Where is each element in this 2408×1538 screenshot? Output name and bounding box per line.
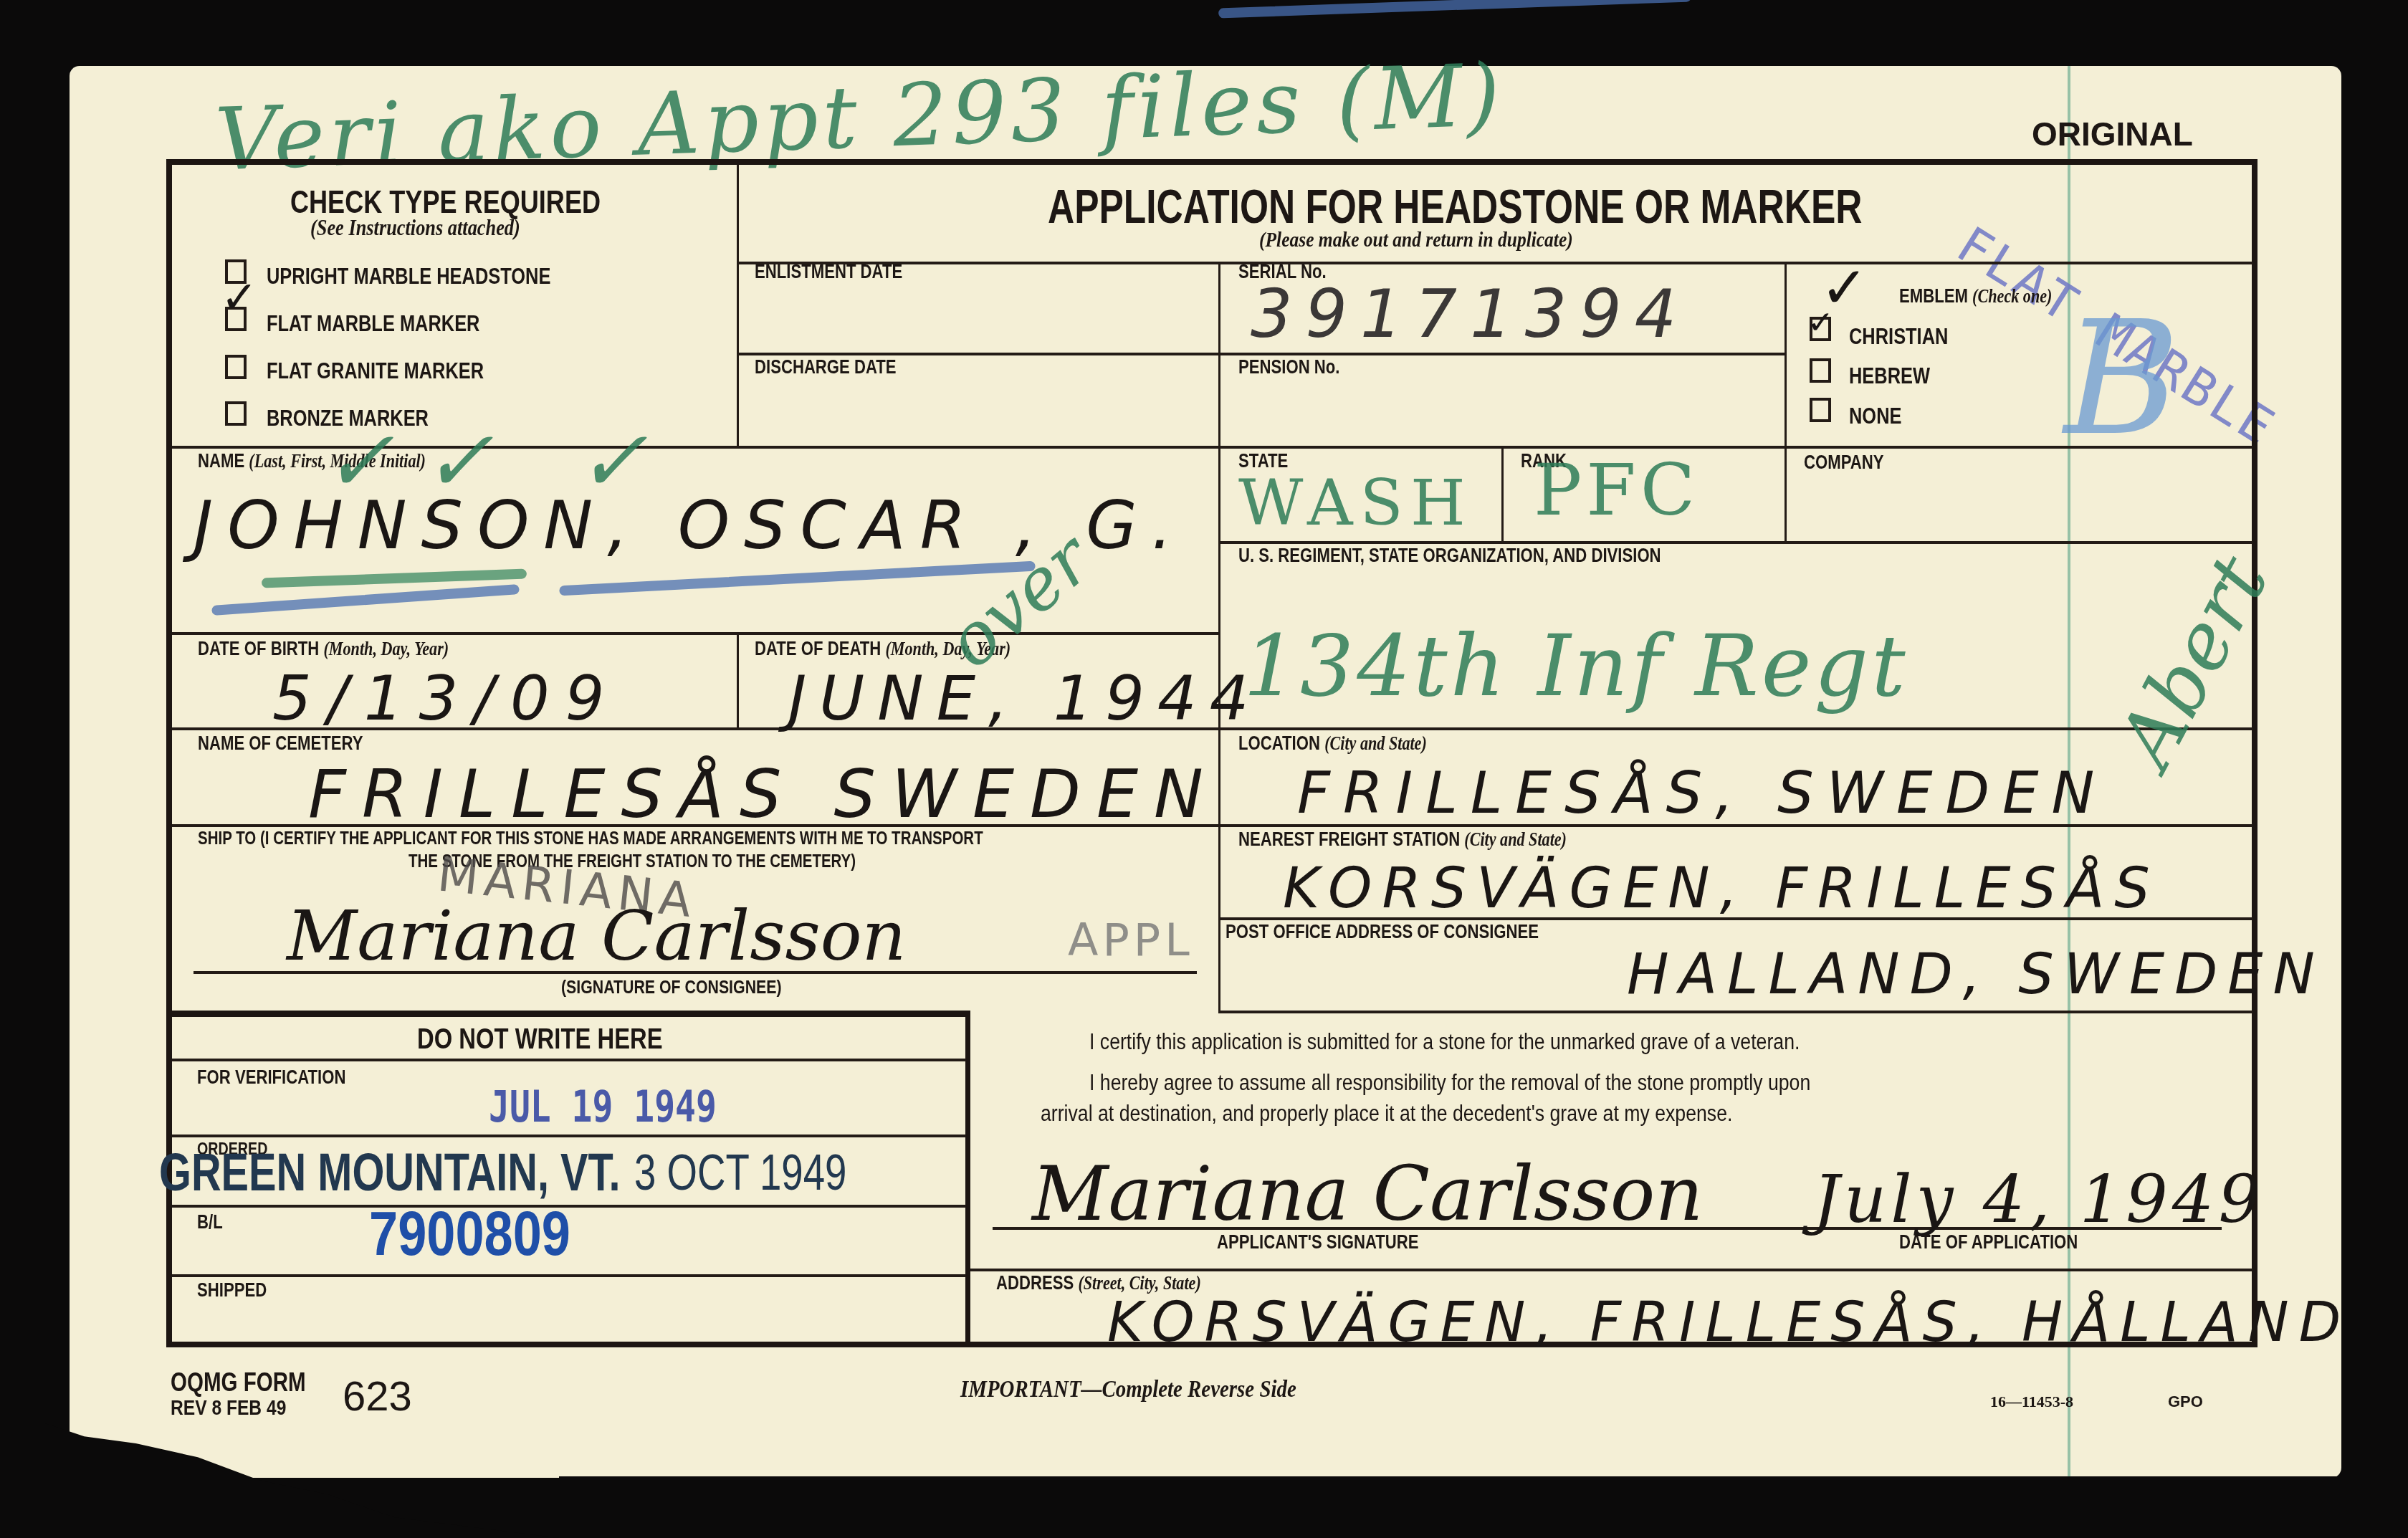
check-type-subheading: (See Instructions attached) [310, 215, 520, 241]
regiment-value[interactable]: 134th Inf Regt [1243, 616, 1908, 715]
divider [970, 1269, 2252, 1271]
shipped-label: SHIPPED [197, 1279, 267, 1301]
discharge-date-label: DISCHARGE DATE [755, 356, 897, 378]
pension-no-label: PENSION No. [1238, 356, 1339, 378]
consignee-annotation: APPL [1068, 914, 1194, 966]
check-option-label: FLAT MARBLE MARKER [267, 311, 479, 337]
freight-station-label: NEAREST FREIGHT STATION (City and State) [1238, 828, 1567, 851]
freight-station-label-text: NEAREST FREIGHT STATION [1238, 828, 1460, 850]
cemetery-value[interactable]: FRILLESÅS SWEDEN [308, 756, 1219, 833]
ordered-stamp-place: GREEN MOUNTAIN, VT. [159, 1142, 620, 1203]
corner-label: ORIGINAL [2032, 115, 2193, 153]
serial-no-value[interactable]: 39171394 [1251, 276, 1689, 353]
company-field[interactable] [1804, 480, 2234, 538]
emblem-option-label: HEBREW [1849, 363, 1930, 389]
important-note: IMPORTANT—Complete Reverse Side [960, 1376, 1296, 1403]
bl-label: B/L [197, 1211, 223, 1233]
checkmark-icon: ✓ [1807, 305, 1834, 341]
date-of-death-label-text: DATE OF DEATH [755, 638, 881, 659]
consignee-signature-caption: (SIGNATURE OF CONSIGNEE) [561, 976, 782, 998]
divider [172, 1274, 966, 1277]
ordered-stamp-date: 3 OCT 1949 [634, 1144, 846, 1201]
form-id-line-1: OQMG FORM [171, 1367, 306, 1398]
divider [1218, 262, 1220, 1011]
bl-stamp: 7900809 [369, 1197, 570, 1270]
regiment-label: U. S. REGIMENT, STATE ORGANIZATION, AND … [1238, 545, 1661, 567]
date-of-death-value[interactable]: JUNE, 1944 [788, 663, 1262, 735]
print-code: 16—11453-8 [1990, 1393, 2073, 1411]
form-title: APPLICATION FOR HEADSTONE OR MARKER [1048, 179, 1862, 234]
date-of-application-value[interactable]: July 4, 1949 [1813, 1161, 2265, 1238]
emblem-option-label: CHRISTIAN [1849, 324, 1948, 350]
divider [1784, 262, 1787, 541]
name-label-text: NAME [198, 450, 244, 472]
applicant-signature-caption: APPLICANT'S SIGNATURE [1217, 1231, 1419, 1253]
emblem-label-note: (Check one) [1972, 285, 2052, 307]
divider [172, 1059, 966, 1061]
date-of-birth-label-note: (Month, Day, Year) [323, 638, 449, 659]
date-of-birth-label-text: DATE OF BIRTH [198, 638, 319, 659]
check-option-label: FLAT GRANITE MARKER [267, 358, 484, 384]
divider [737, 165, 739, 446]
location-value[interactable]: FRILLESÅS, SWEDEN [1297, 760, 2107, 826]
applicant-signature[interactable]: Mariana Carlsson [1032, 1150, 1703, 1238]
enlistment-date-field[interactable] [755, 287, 1199, 348]
state-value[interactable]: WASH [1238, 466, 1473, 540]
date-of-birth-label: DATE OF BIRTH (Month, Day, Year) [198, 638, 449, 660]
divider [1218, 541, 2252, 544]
ship-to-label-text: SHIP TO [198, 828, 256, 849]
consignee-signature[interactable]: Mariana Carlsson [287, 896, 906, 976]
divider [737, 262, 2252, 264]
location-label-note: (City and State) [1324, 732, 1427, 754]
form-number: 623 [343, 1372, 412, 1420]
emblem-label-text: EMBLEM [1899, 285, 1968, 307]
printer-mark: GPO [2168, 1393, 2203, 1411]
for-verification-label: FOR VERIFICATION [197, 1066, 345, 1089]
location-label: LOCATION (City and State) [1238, 732, 1427, 755]
divider [737, 353, 1784, 355]
background-edge [559, 1476, 2351, 1538]
address-value[interactable]: KORSVÄGEN, FRILLESÅS, HÅLLAND [1107, 1290, 2351, 1354]
checkbox[interactable] [225, 401, 247, 426]
freight-station-value[interactable]: KORSVÄGEN, FRILLESÅS [1283, 856, 2160, 921]
divider [172, 632, 1218, 635]
checkbox[interactable] [225, 355, 247, 379]
date-of-application-caption: DATE OF APPLICATION [1899, 1231, 2078, 1253]
divider [1218, 1011, 2252, 1013]
ship-to-label: SHIP TO (I CERTIFY THE APPLICANT FOR THI… [198, 828, 983, 849]
divider [1501, 446, 1504, 541]
office-use-heading: DO NOT WRITE HERE [417, 1023, 663, 1056]
shipped-field[interactable] [197, 1301, 950, 1340]
post-office-label: POST OFFICE ADDRESS OF CONSIGNEE [1225, 921, 1539, 943]
verification-stamp: JUL 19 1949 [489, 1082, 717, 1132]
certification-line-1: I certify this application is submitted … [1089, 1029, 1800, 1055]
emblem-option-label: NONE [1849, 403, 1901, 429]
company-label: COMPANY [1804, 452, 1884, 474]
pension-no-field[interactable] [1238, 380, 1769, 441]
form-subtitle: (Please make out and return in duplicate… [1259, 228, 1573, 252]
post-office-value[interactable]: HALLAND, SWEDEN [1627, 942, 2325, 1007]
divider [172, 1135, 966, 1137]
checkbox[interactable] [1810, 398, 1831, 422]
checkmark-icon: ✓ [221, 271, 258, 323]
emblem-label: EMBLEM (Check one) [1899, 285, 2052, 307]
blue-pencil-underline [1218, 0, 1691, 19]
enlistment-date-label: ENLISTMENT DATE [755, 261, 902, 283]
address-label-text: ADDRESS [996, 1272, 1074, 1294]
check-option-label: UPRIGHT MARBLE HEADSTONE [267, 264, 550, 290]
checkbox[interactable] [1810, 358, 1831, 383]
cemetery-label: NAME OF CEMETERY [198, 732, 363, 755]
certification-line-2: I hereby agree to assume all responsibil… [1089, 1070, 1810, 1096]
location-label-text: LOCATION [1238, 732, 1320, 754]
green-check-marks: ✓ ✓ ✓ [322, 412, 648, 512]
form-id-line-2: REV 8 FEB 49 [171, 1396, 286, 1420]
discharge-date-field[interactable] [755, 380, 1199, 441]
ship-to-label-note: (I CERTIFY THE APPLICANT FOR THIS STONE … [260, 828, 983, 849]
freight-station-label-note: (City and State) [1464, 828, 1567, 850]
date-of-birth-value[interactable]: 5/13/09 [272, 663, 621, 735]
certification-line-3: arrival at destination, and properly pla… [1041, 1101, 1732, 1127]
rank-value[interactable]: PFC [1534, 448, 1699, 532]
divider [737, 632, 739, 727]
